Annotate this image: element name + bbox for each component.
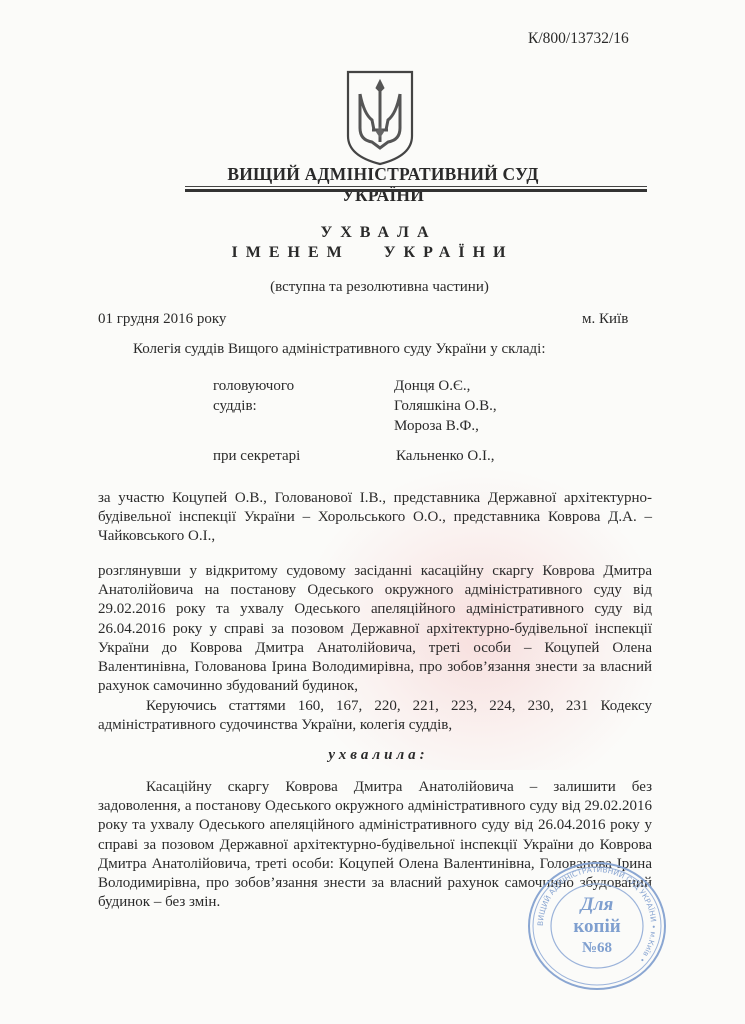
stamp-line1: Для [579, 894, 614, 915]
court-name: ВИЩИЙ АДМІНІСТРАТИВНИЙ СУД УКРАЇНИ [188, 164, 578, 206]
document-date: 01 грудня 2016 року [98, 311, 226, 328]
document-subtitle: (вступна та резолютивна частини) [0, 279, 745, 296]
judge-name: Голяшкіна О.В., [394, 396, 497, 416]
ukraine-coat-of-arms-icon [346, 70, 414, 166]
header-rule-thick [185, 189, 647, 192]
presiding-label: головуючого [213, 376, 294, 396]
decided-heading: ухвалила: [0, 747, 745, 764]
guided-by-paragraph: Керуючись статтями 160, 167, 220, 221, 2… [98, 697, 652, 735]
judge-name: Мороза В.Ф., [394, 416, 479, 436]
secretary-label: при секретарі [213, 446, 300, 466]
document-city: м. Київ [582, 311, 628, 328]
case-number: К/800/13732/16 [528, 30, 629, 48]
presiding-judge: Донця О.Є., [394, 376, 470, 396]
stamp-line2: копій [573, 916, 620, 937]
considered-paragraph: розглянувши у відкритому судовому засіда… [98, 562, 652, 696]
document-title: УХВАЛА [0, 224, 745, 242]
document-title-line2: ІМЕНЕМ УКРАЇНИ [0, 244, 745, 262]
court-stamp: ВИЩИЙ АДМІНІСТРАТИВНИЙ СУД УКРАЇНИ • м.К… [526, 860, 668, 992]
participants-paragraph: за участю Коцупей О.В., Голованової І.В.… [98, 489, 652, 547]
judges-label: суддів: [213, 396, 257, 416]
stamp-line3: №68 [582, 940, 612, 956]
secretary-name: Кальненко О.І., [396, 446, 495, 466]
header-rule [185, 186, 647, 187]
panel-intro: Колегія суддів Вищого адміністративного … [133, 341, 546, 358]
